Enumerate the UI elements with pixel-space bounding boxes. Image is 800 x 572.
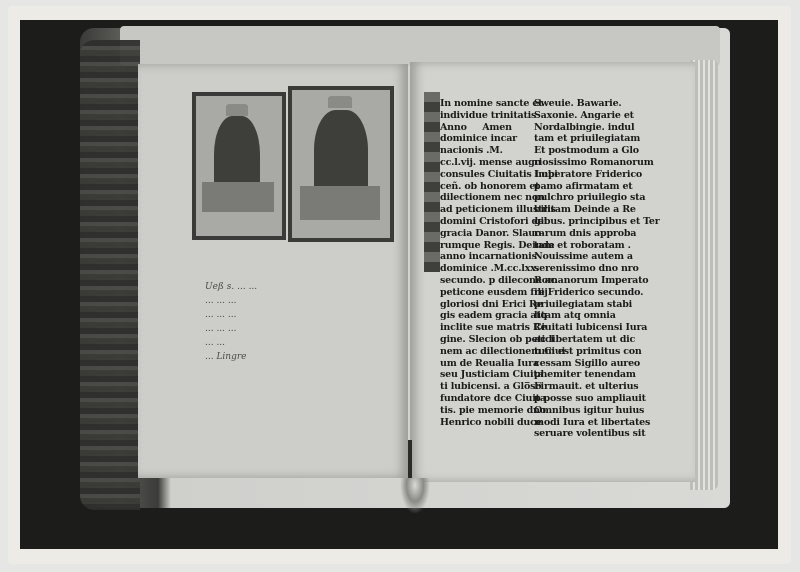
bookmark-tassel: [400, 478, 430, 514]
handwritten-note: Ueß s. ... ... ... ... ... ... ... ... .…: [205, 280, 257, 364]
decorated-border: [424, 92, 440, 272]
throne: [300, 186, 380, 220]
miniature-left: [192, 92, 286, 240]
book-spine: [80, 40, 140, 510]
miniature-right: [288, 86, 394, 242]
throne: [202, 182, 274, 212]
crown-icon: [328, 96, 352, 108]
text-column-2: Sweuie. Bawarie. Saxonie. Angarie et Nor…: [534, 98, 660, 440]
cover-top-edge: [120, 26, 720, 66]
crown-icon: [226, 104, 248, 116]
